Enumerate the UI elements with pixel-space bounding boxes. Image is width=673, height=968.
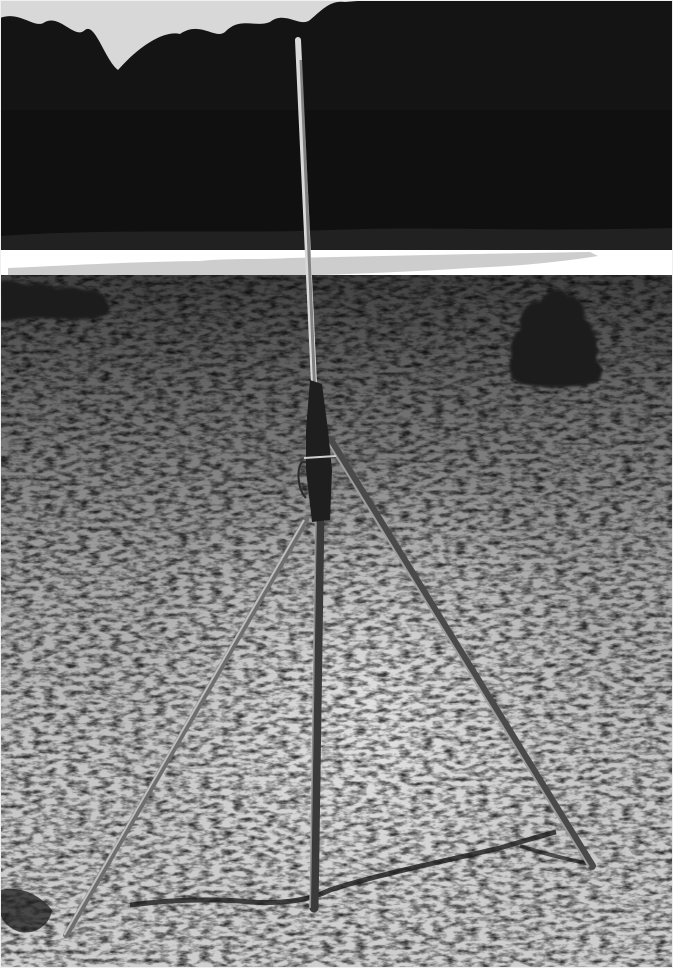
photograph: Overcast sky Dark forest tree line Pale … bbox=[0, 0, 673, 968]
